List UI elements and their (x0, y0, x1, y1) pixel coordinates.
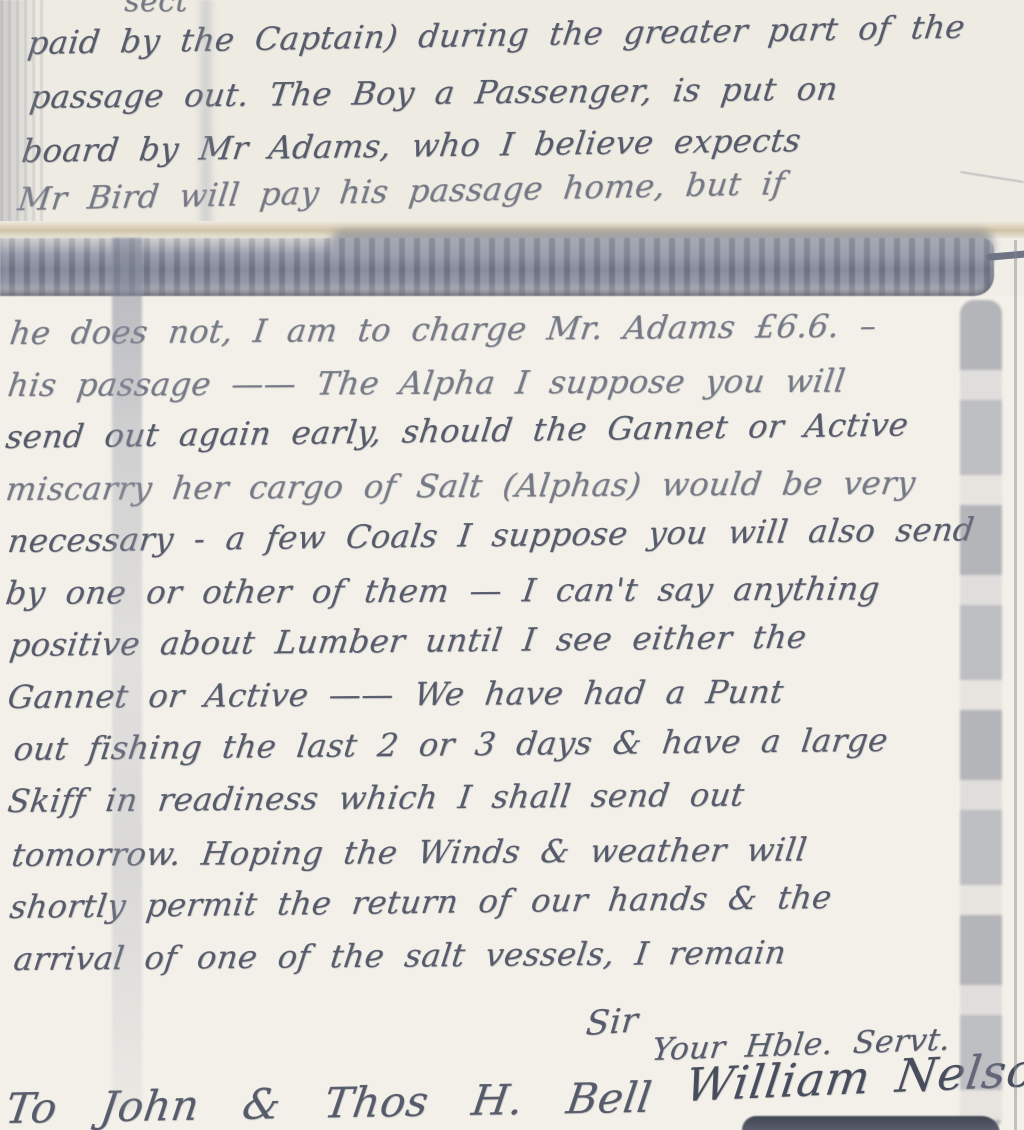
handwriting-fragment: sect (124, 0, 188, 19)
scan-artifact-blob (742, 1116, 1000, 1130)
letter-scan: sect paid by the Captain) during the gre… (0, 0, 1024, 1130)
page-right-edge (960, 300, 1002, 1130)
page-fold-stripe (112, 238, 142, 1110)
scan-streak-left (0, 0, 44, 234)
scan-edge-line (1014, 240, 1017, 1130)
closing-salutation: Sir (584, 1000, 640, 1044)
scan-streak-vertical (195, 0, 217, 234)
scan-fold-band (0, 238, 994, 296)
